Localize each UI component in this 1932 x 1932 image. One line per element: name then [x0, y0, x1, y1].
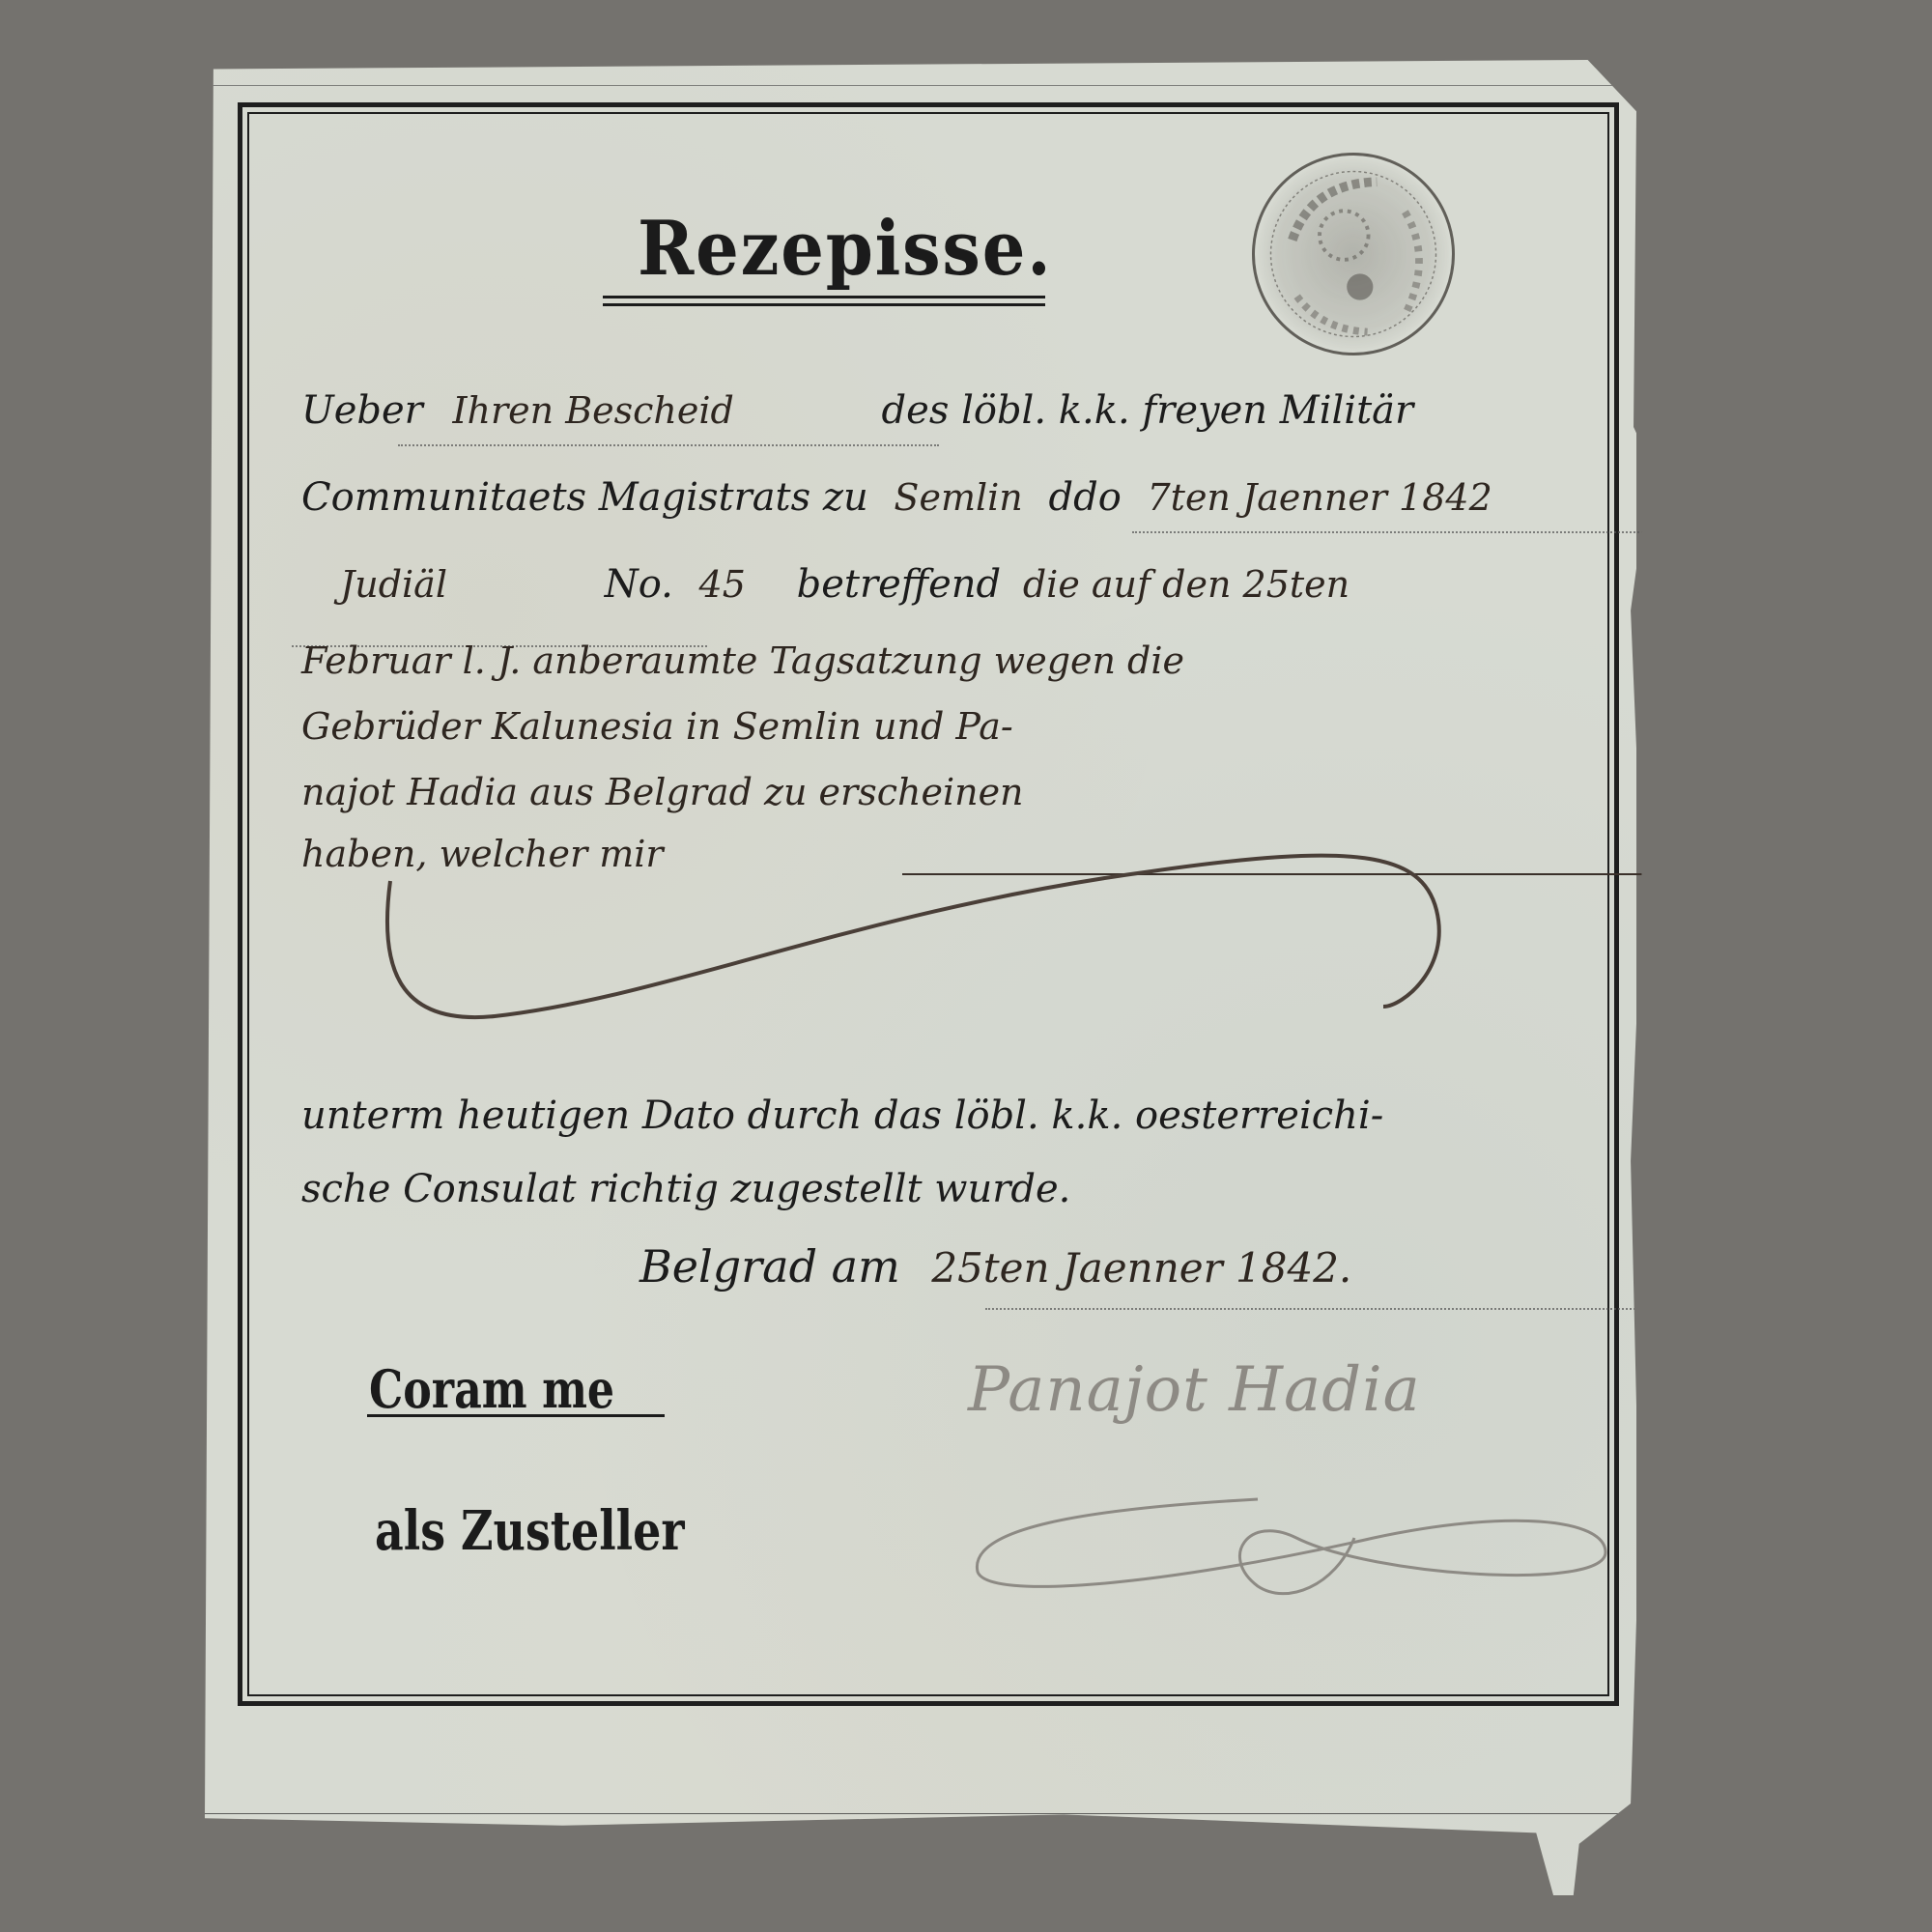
handwritten-continuation: die auf den 25ten	[1023, 563, 1350, 606]
printed-place: Belgrad am	[639, 1240, 900, 1293]
handwritten-place: Semlin	[894, 476, 1022, 519]
handwritten-number: 45	[699, 563, 746, 606]
printed-authority: des löbl. k.k. freyen Militär	[882, 388, 1414, 433]
consular-stamp-icon	[1252, 153, 1455, 355]
margin-rule-right	[1689, 60, 1690, 1775]
coram-underline	[367, 1414, 665, 1417]
body-line-delivery: unterm heutigen Dato durch das löbl. k.k…	[301, 1094, 1383, 1138]
handwritten-line-1: Februar l. J. anberaumte Tagsatzung wege…	[301, 639, 1184, 682]
top-rule	[205, 85, 1689, 86]
coram-label: Coram me	[369, 1358, 614, 1420]
body-line-2: Communitaets Magistrats zu Semlin ddo 7t…	[301, 475, 1492, 520]
handwritten-line-3: najot Hadia aus Belgrad zu erscheinen	[301, 771, 1024, 813]
signature-flourish-icon	[968, 1470, 1644, 1605]
printed-number-label: No.	[605, 562, 673, 607]
printed-ueber: Ueber	[301, 388, 423, 433]
body-line-3: Judiäl No. 45 betreffend die auf den 25t…	[301, 562, 1350, 607]
title-underline	[603, 296, 1045, 298]
body-line-1: Ueber Ihren Bescheid des löbl. k.k. frey…	[301, 388, 1413, 433]
handwritten-date: 7ten Jaenner 1842	[1148, 476, 1492, 519]
fill-in-rule-1	[398, 444, 939, 446]
signature: Panajot Hadia	[968, 1354, 1421, 1426]
printed-magistrat: Communitaets Magistrats zu	[301, 475, 868, 520]
handwritten-type: Judiäl	[340, 563, 447, 606]
margin-rule-bottom	[205, 1813, 1692, 1814]
printed-ddo: ddo	[1048, 475, 1121, 520]
role-label: als Zusteller	[375, 1499, 685, 1563]
handwritten-line-2: Gebrüder Kalunesia in Semlin und Pa-	[301, 705, 1013, 748]
stamp-seal-icon	[1255, 156, 1452, 353]
handwritten-issue-date: 25ten Jaenner 1842.	[931, 1244, 1351, 1292]
place-date-line: Belgrad am 25ten Jaenner 1842.	[639, 1240, 1351, 1293]
body-line-consulat: sche Consulat richtig zugestellt wurde.	[301, 1167, 1070, 1211]
document-sheet: Rezepisse. Ueber Ihren Bescheid des löbl…	[205, 60, 1636, 1895]
fill-in-rule-date	[985, 1308, 1681, 1310]
document-title: Rezepisse.	[638, 205, 1052, 293]
handwritten-subject: Ihren Bescheid	[453, 389, 734, 432]
pen-flourish-icon	[379, 852, 1538, 1045]
printed-betreffend: betreffend	[797, 562, 1002, 607]
title-underline-second	[603, 303, 1045, 306]
fill-in-rule-2	[1132, 531, 1654, 533]
